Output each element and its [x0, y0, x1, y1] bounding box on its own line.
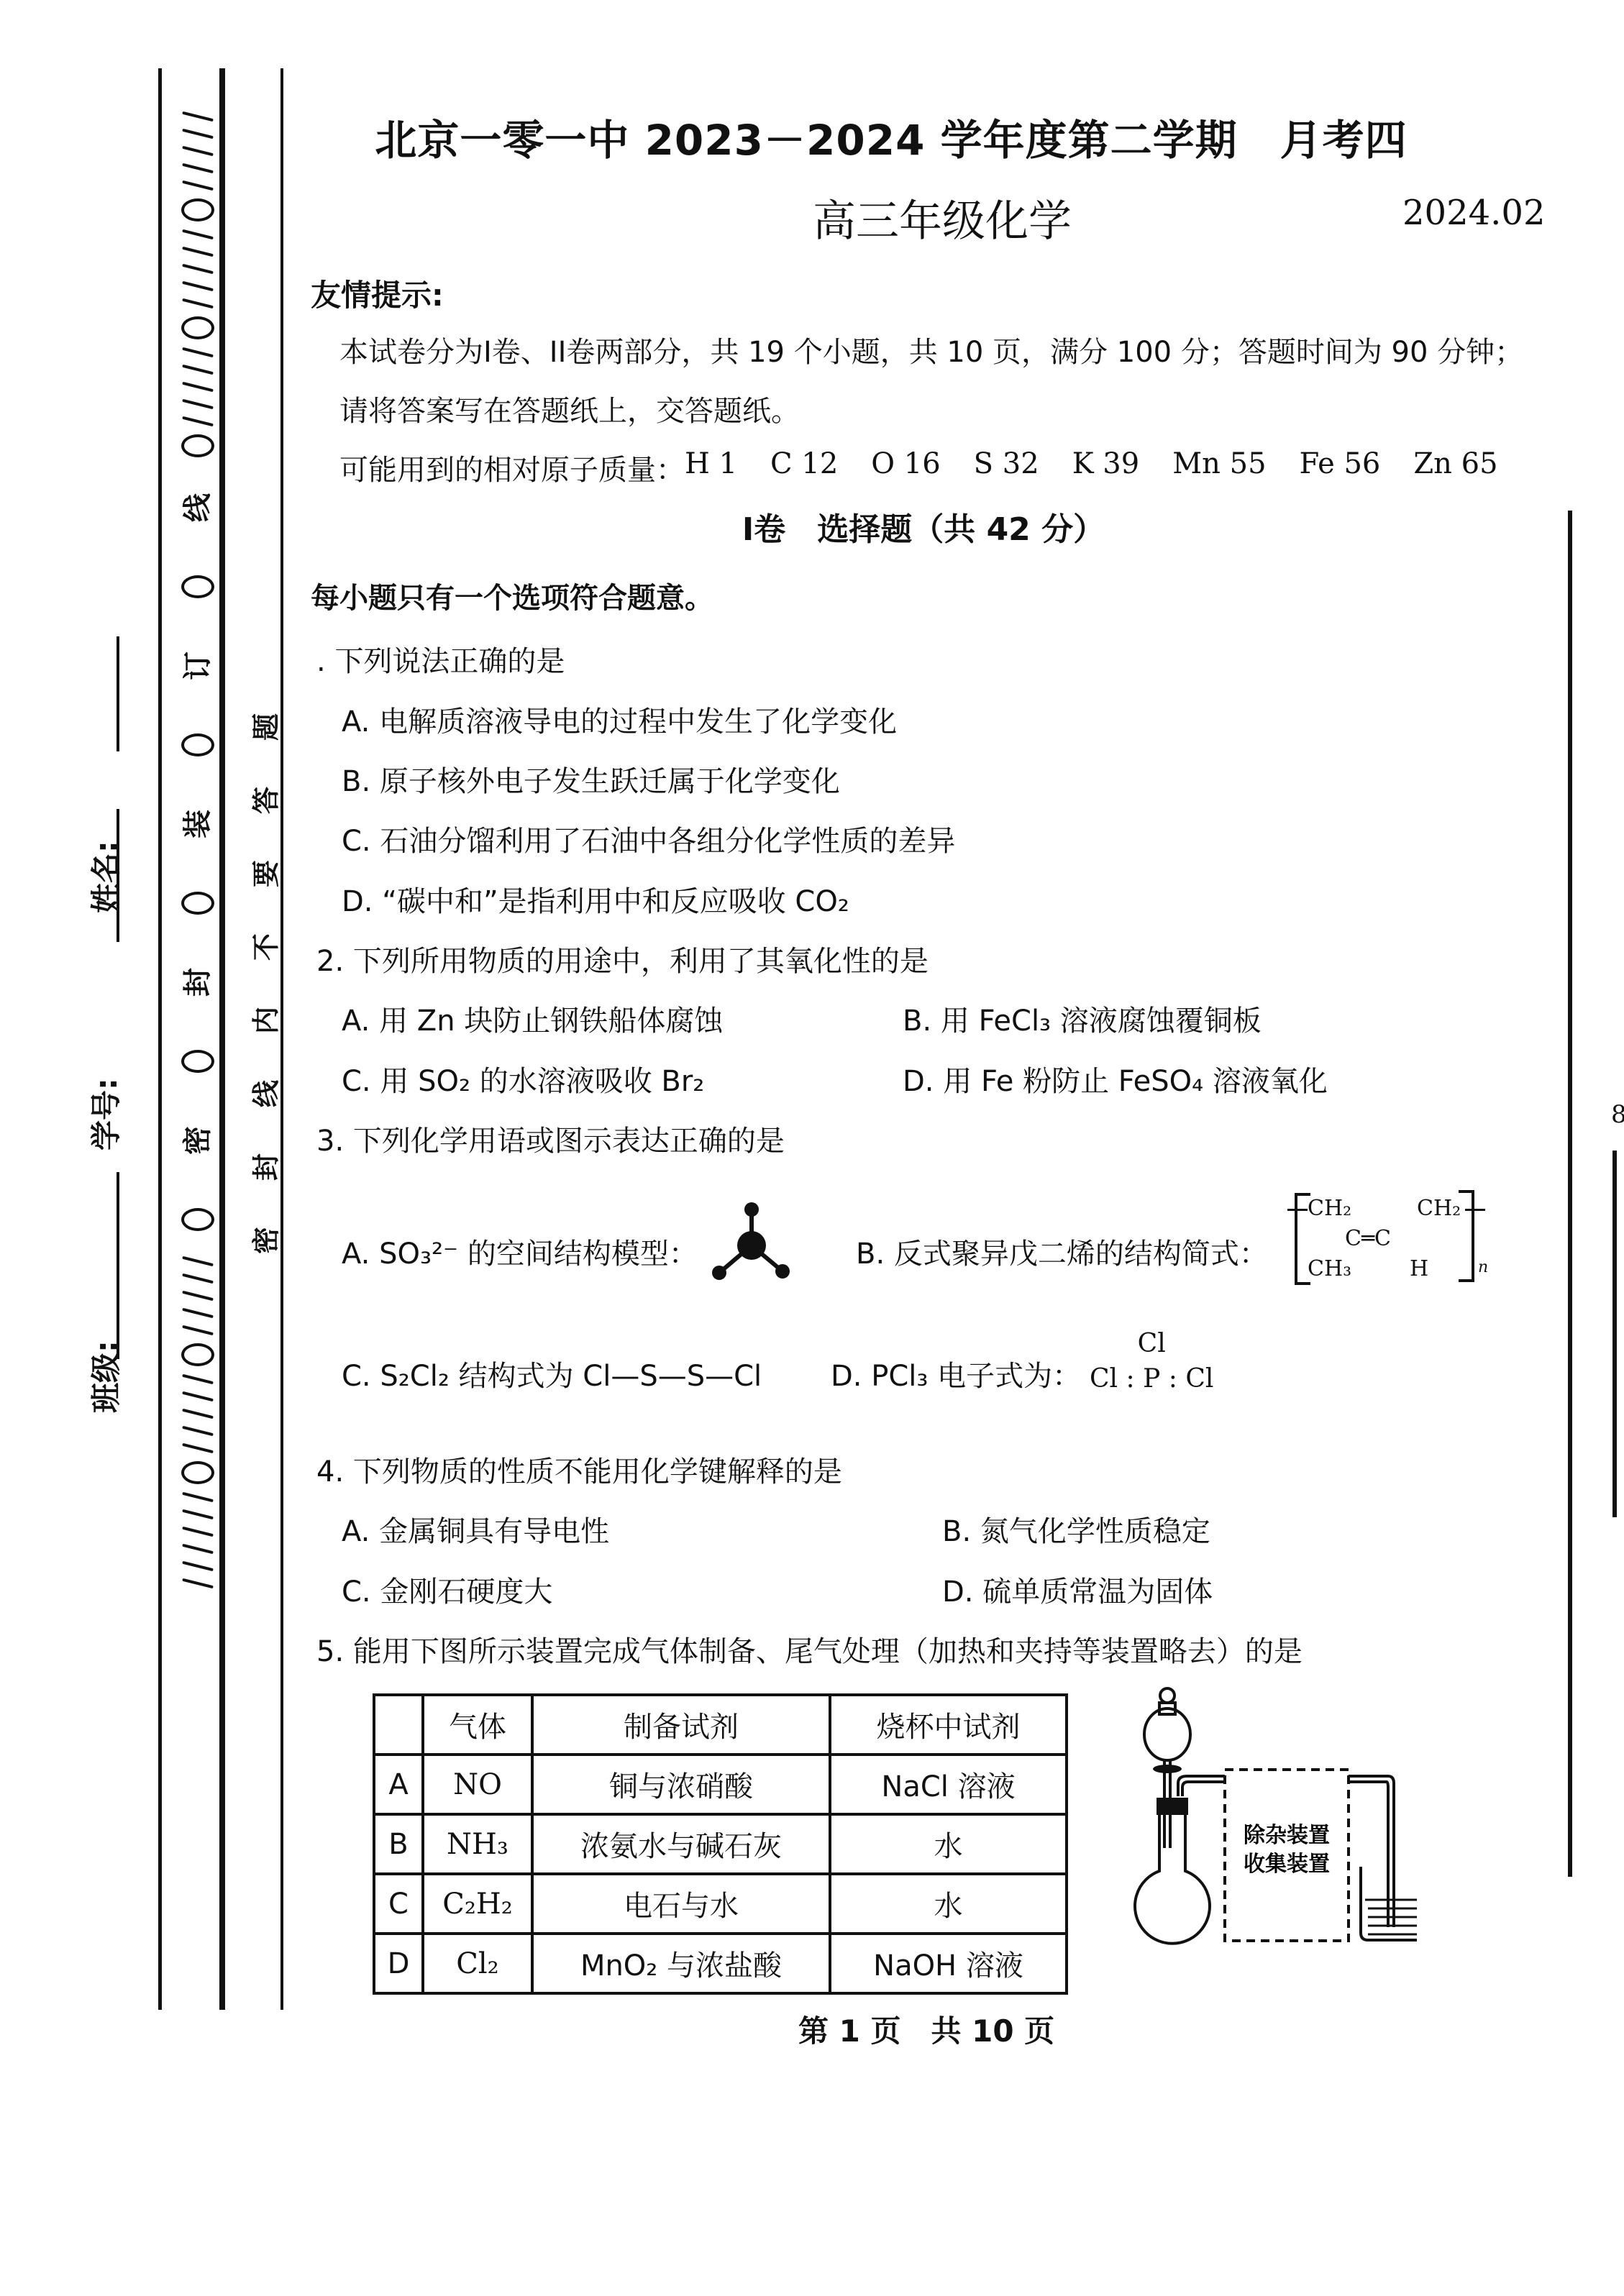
polymer-double-bond: C═C	[1345, 1226, 1391, 1251]
polymer-ch2-left: CH₂	[1308, 1196, 1351, 1221]
stopcock-icon	[1153, 1765, 1182, 1773]
table-header: 制备试剂	[532, 1695, 830, 1755]
q3-option-c[interactable]: C. S₂Cl₂ 结构式为 Cl—S—S—Cl	[342, 1353, 762, 1394]
section-title: I卷 选择题（共 42 分）	[0, 503, 1624, 549]
student-id-field[interactable]	[117, 809, 119, 942]
question-number: 5.	[316, 1635, 344, 1668]
table-row[interactable]: C C₂H₂ 电石与水 水	[374, 1874, 1067, 1934]
seal-circle-icon	[181, 198, 214, 221]
table-cell: Cl₂	[423, 1934, 532, 1993]
seal-circle-icon	[181, 1208, 214, 1231]
question-stem: 下列化学用语或图示表达正确的是	[353, 1125, 785, 1158]
table-cell: A	[374, 1755, 423, 1814]
table-cell: MnO₂ 与浓盐酸	[532, 1934, 830, 1993]
table-cell: C	[374, 1874, 423, 1934]
q3-option-b[interactable]: B. 反式聚异戊二烯的结构简式：	[856, 1231, 1268, 1272]
rubber-stopper-icon	[1157, 1798, 1188, 1815]
q1-option-d[interactable]: D. “碳中和”是指利用中和反应吸收 CO₂	[342, 879, 849, 920]
section-instruction: 每小题只有一个选项符合题意。	[311, 575, 713, 616]
mass-fe: Fe 56	[1300, 447, 1381, 488]
right-edge-line	[1568, 511, 1572, 1877]
box-label-line-2: 收集装置	[1244, 1852, 1330, 1877]
box-label-line-1: 除杂装置	[1244, 1823, 1330, 1848]
q4-option-c[interactable]: C. 金刚石硬度大	[342, 1569, 552, 1610]
question-1: . 下列说法正确的是	[316, 639, 565, 680]
mass-s: S 32	[974, 447, 1039, 488]
q2-option-a[interactable]: A. 用 Zn 块防止钢铁船体腐蚀	[342, 998, 723, 1039]
q2-option-b[interactable]: B. 用 FeCl₃ 溶液腐蚀覆铜板	[903, 998, 1262, 1039]
polymer-ch3: CH₃	[1308, 1256, 1351, 1281]
seal-char: 装	[183, 810, 212, 838]
table-header: 烧杯中试剂	[830, 1695, 1067, 1755]
mass-c: C 12	[770, 447, 838, 488]
question-number: 2.	[316, 945, 344, 978]
table-cell: NaCl 溶液	[830, 1755, 1067, 1814]
exam-subtitle: 高三年级化学	[813, 187, 1072, 249]
mass-zn: Zn 65	[1413, 447, 1497, 488]
question-5: 5. 能用下图所示装置完成气体制备、尾气处理（加热和夹持等装置略去）的是	[316, 1629, 1303, 1670]
exam-title: 北京一零一中 2023－2024 学年度第二学期 月考四	[0, 106, 1624, 167]
table-cell: NO	[423, 1755, 532, 1814]
table-cell: 铜与浓硝酸	[532, 1755, 830, 1814]
so3-model-icon	[705, 1201, 798, 1287]
note-char: 要	[252, 860, 280, 887]
note-char: 封	[252, 1153, 280, 1181]
mass-o: O 16	[871, 447, 940, 488]
table-cell: B	[374, 1814, 423, 1874]
table-cell: D	[374, 1934, 423, 1993]
student-id-label: 学号:	[83, 1078, 126, 1151]
mass-h: H 1	[685, 447, 737, 488]
tips-line-2: 请将答案写在答题纸上，交答题纸。	[339, 388, 800, 429]
question-stem: 下列物质的性质不能用化学键解释的是	[353, 1455, 842, 1488]
question-2: 2. 下列所用物质的用途中，利用了其氧化性的是	[316, 938, 929, 979]
gas-preparation-table: 气体 制备试剂 烧杯中试剂 A NO 铜与浓硝酸 NaCl 溶液 B NH₃ 浓…	[373, 1693, 1068, 1995]
note-char: 内	[252, 1007, 280, 1034]
table-cell: C₂H₂	[423, 1874, 532, 1934]
electron-bottom-row: Cl : P : Cl	[1090, 1362, 1213, 1397]
question-number: .	[316, 645, 326, 678]
note-char: 答	[252, 787, 280, 814]
question-stem: 下列所用物质的用途中，利用了其氧化性的是	[353, 945, 929, 978]
seal-char: 订	[183, 651, 212, 680]
atomic-masses-label: 可能用到的相对原子质量：	[339, 447, 685, 488]
note-char: 线	[252, 1080, 280, 1107]
question-stem: 下列说法正确的是	[334, 645, 565, 678]
class-label: 班级:	[83, 1340, 126, 1413]
polymer-ch2-right: CH₂	[1417, 1196, 1461, 1221]
seal-circle-icon	[181, 316, 214, 339]
right-edge-bracket	[1612, 1151, 1617, 1517]
seal-char: 封	[183, 968, 212, 997]
seal-circle-icon	[181, 733, 214, 756]
seal-char: 密	[183, 1126, 212, 1155]
note-char: 不	[252, 933, 280, 961]
class-field[interactable]	[117, 1172, 119, 1359]
note-char: 密	[252, 1227, 280, 1254]
q2-option-c[interactable]: C. 用 SO₂ 的水溶液吸收 Br₂	[342, 1058, 704, 1099]
gas-apparatus-diagram: 除杂装置 收集装置	[1093, 1675, 1417, 1977]
table-row[interactable]: B NH₃ 浓氨水与碱石灰 水	[374, 1814, 1067, 1874]
seal-circle-icon	[181, 1050, 214, 1073]
table-cell: 水	[830, 1814, 1067, 1874]
table-header-row: 气体 制备试剂 烧杯中试剂	[374, 1695, 1067, 1755]
q1-option-b[interactable]: B. 原子核外电子发生跃迁属于化学变化	[342, 759, 840, 800]
q4-option-d[interactable]: D. 硫单质常温为固体	[942, 1569, 1213, 1610]
question-number: 4.	[316, 1455, 344, 1488]
pcl3-electron-formula: Cl Cl : P : Cl	[1090, 1327, 1213, 1396]
question-3: 3. 下列化学用语或图示表达正确的是	[316, 1118, 785, 1159]
table-cell: NaOH 溶液	[830, 1934, 1067, 1993]
q3-option-a[interactable]: A. SO₃²⁻ 的空间结构模型：	[342, 1231, 698, 1272]
q3-option-d[interactable]: D. PCl₃ 电子式为：	[831, 1353, 1081, 1394]
table-cell: NH₃	[423, 1814, 532, 1874]
q4-option-b[interactable]: B. 氮气化学性质稳定	[942, 1509, 1210, 1550]
seal-circle-icon	[181, 1343, 214, 1366]
electron-top-cl: Cl	[1090, 1327, 1213, 1362]
question-4: 4. 下列物质的性质不能用化学键解释的是	[316, 1449, 842, 1490]
table-header	[374, 1695, 423, 1755]
q1-option-c[interactable]: C. 石油分馏利用了石油中各组分化学性质的差异	[342, 818, 955, 859]
q4-option-a[interactable]: A. 金属铜具有导电性	[342, 1509, 609, 1550]
polymer-h: H	[1410, 1256, 1428, 1281]
tips-heading: 友情提示:	[311, 272, 444, 315]
seal-circle-icon	[181, 575, 214, 598]
seal-circle-icon	[181, 1461, 214, 1484]
seal-circle-icon	[181, 892, 214, 915]
table-header: 气体	[423, 1695, 532, 1755]
q1-option-a[interactable]: A. 电解质溶液导电的过程中发生了化学变化	[342, 699, 897, 740]
name-label: 姓名:	[83, 841, 126, 913]
name-field[interactable]	[117, 636, 119, 751]
note-char: 题	[252, 713, 280, 741]
inner-warning-note: 题 答 要 不 内 线 封 密	[245, 690, 288, 1277]
question-stem: 能用下图所示装置完成气体制备、尾气处理（加热和夹持等装置略去）的是	[353, 1635, 1303, 1668]
seal-line-marks: 线 订 装 封 密	[169, 108, 227, 1592]
question-number: 3.	[316, 1125, 344, 1158]
q2-option-d[interactable]: D. 用 Fe 粉防止 FeSO₄ 溶液氧化	[903, 1058, 1328, 1099]
table-row[interactable]: A NO 铜与浓硝酸 NaCl 溶液	[374, 1755, 1067, 1814]
right-edge-fragment: 8	[1611, 1100, 1624, 1129]
mass-k: K 39	[1072, 447, 1140, 488]
seal-circle-icon	[181, 434, 214, 457]
exam-date: 2024.02	[1402, 193, 1546, 233]
polymer-n: n	[1478, 1258, 1488, 1276]
page-number: 第 1 页 共 10 页	[798, 2008, 1054, 2051]
table-cell: 浓氨水与碱石灰	[532, 1814, 830, 1874]
margin-line-outer	[158, 68, 162, 2010]
table-cell: 水	[830, 1874, 1067, 1934]
mass-mn: Mn 55	[1172, 447, 1266, 488]
tips-line-1: 本试卷分为I卷、II卷两部分，共 19 个小题，共 10 页，满分 100 分；…	[339, 329, 1523, 370]
polyisoprene-structure: CH₂ CH₂ C═C CH₃ H n	[1295, 1190, 1489, 1291]
atomic-masses: 可能用到的相对原子质量： H 1 C 12 O 16 S 32 K 39 Mn …	[339, 447, 1531, 488]
table-row[interactable]: D Cl₂ MnO₂ 与浓盐酸 NaOH 溶液	[374, 1934, 1067, 1993]
table-cell: 电石与水	[532, 1874, 830, 1934]
stopper-icon	[1160, 1688, 1174, 1703]
